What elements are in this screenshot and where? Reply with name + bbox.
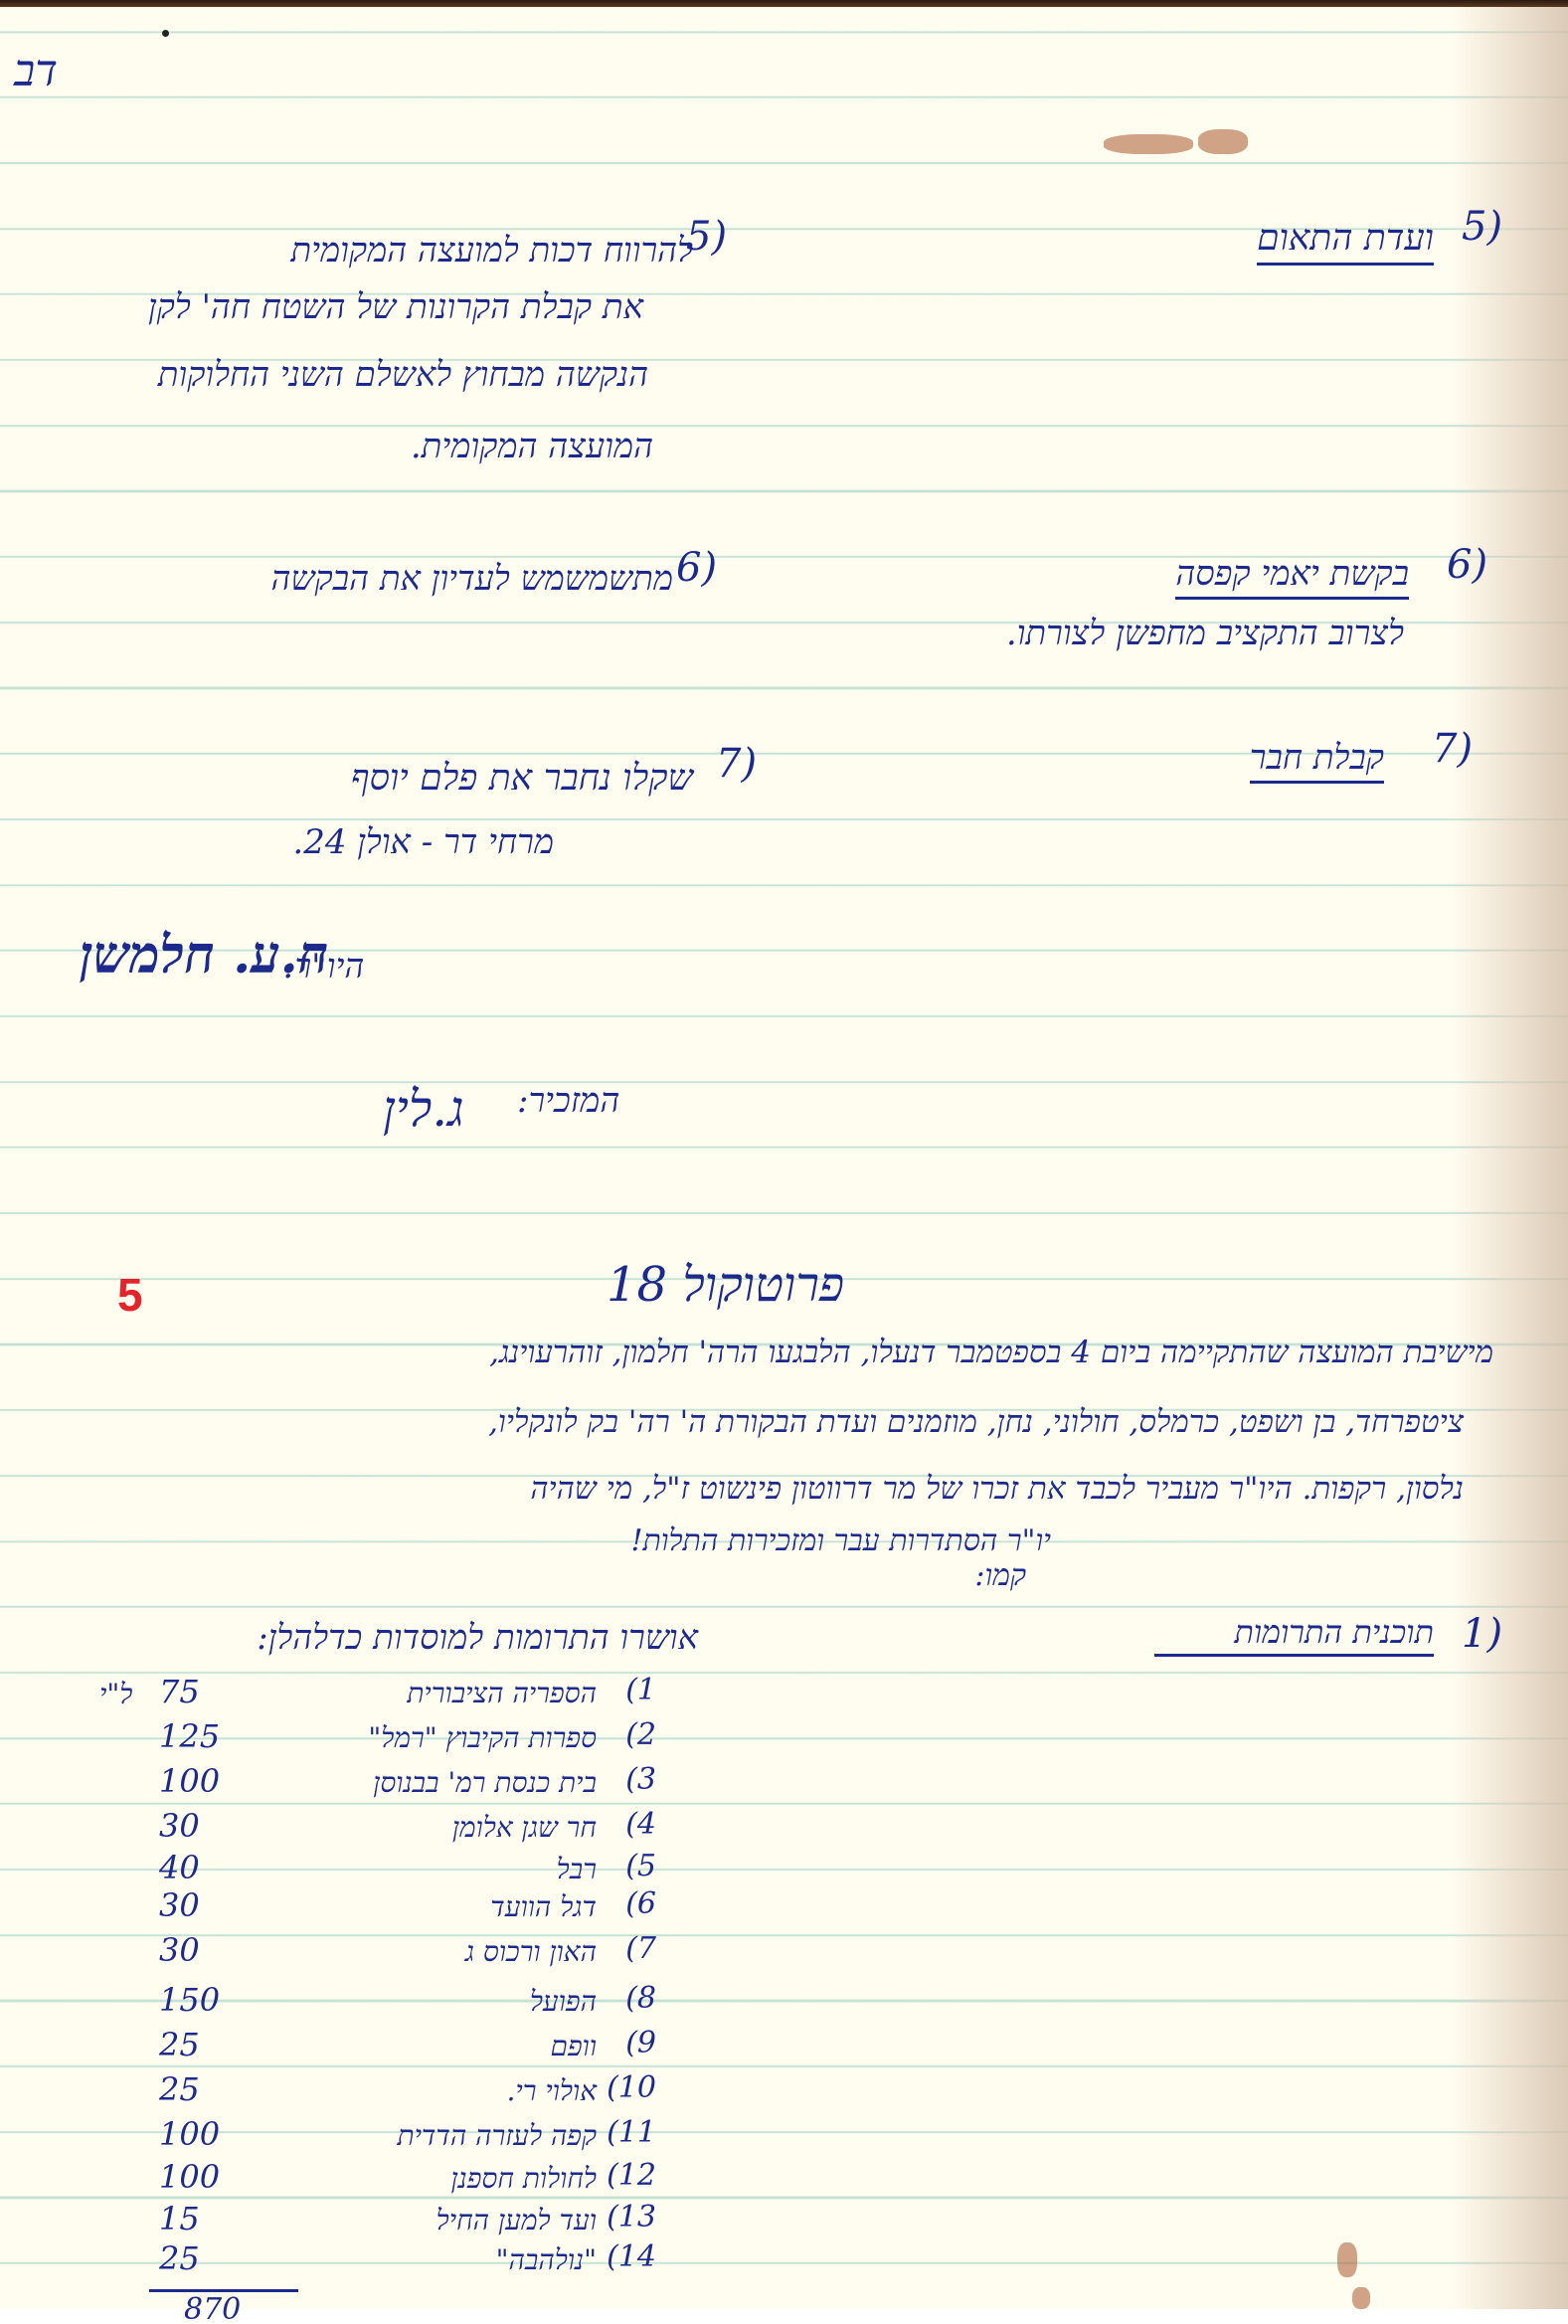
donation-name: "נולהבה"	[496, 2246, 597, 2274]
chair-signature: ח.ע. חלמשן	[80, 930, 329, 982]
stain-mark	[1198, 129, 1248, 154]
donation-number: 4)	[625, 1810, 656, 1840]
donation-row: 2) ספרות הקיבוץ "רמל" 125	[139, 1720, 656, 1764]
donation-row: 13) ועד למען החיל 15	[139, 2203, 656, 2246]
resolution-number: 7)	[716, 741, 757, 787]
currency-mark: ל"י	[99, 1681, 132, 1708]
resolution-line: מרחי דר - אולן 24.	[292, 825, 554, 859]
agenda-number: 5)	[1462, 204, 1502, 250]
donation-row: 10) אולוי רי. 25	[139, 2073, 656, 2117]
donation-amount: 125	[159, 1720, 220, 1752]
donation-row: 11) קפה לעזרה הדדית 100	[139, 2118, 656, 2162]
secretary-label: המזכיר:	[517, 1084, 619, 1118]
donation-name: בית כנסת רמ' בבנוסן	[373, 1769, 597, 1797]
resolution-line: את קבלת הקרונות של השטח חה' לקן	[148, 290, 643, 324]
agenda-number: 7)	[1432, 726, 1473, 772]
donation-name: לחולות חספנן	[451, 2165, 597, 2193]
agenda-number: 1)	[1462, 1611, 1502, 1657]
donation-name: ועד למען החיל	[436, 2207, 597, 2235]
donation-number: 12)	[607, 2161, 656, 2191]
donation-row: 8) הפועל 150	[139, 1984, 656, 2028]
donation-row: 3) בית כנסת רמ' בבנוסן 100	[139, 1765, 656, 1809]
secretary-signature: ג.לין	[383, 1084, 464, 1134]
donation-name: אולוי רי.	[507, 2077, 597, 2105]
protocol-intro-line: נלסון, רקפות. היו"ר מעביר לכבד את זכרו ש…	[530, 1474, 1464, 1505]
resolution-line: שקלו נחבר את פלם יוסף	[351, 761, 693, 797]
donation-name: רבל	[557, 1856, 597, 1883]
protocol-intro-line: קמו:	[974, 1561, 1026, 1591]
donation-number: 2)	[625, 1720, 656, 1750]
donation-row: 12) לחולות חספנן 100	[139, 2161, 656, 2205]
page-marker: 5	[117, 1268, 143, 1322]
protocol-title: פרוטוקול 18	[607, 1261, 844, 1309]
protocol-intro-line: מישיבת המועצה שהתקיימה ביום 4 בספטמבר דנ…	[489, 1338, 1493, 1368]
donation-amount: 30	[159, 1889, 200, 1921]
donation-name: חר שגן אלומן	[452, 1814, 597, 1842]
donation-amount: 30	[159, 1934, 200, 1966]
donation-amount: 100	[159, 2161, 220, 2193]
agenda-number: 6)	[1447, 542, 1487, 588]
scan-top-edge	[0, 0, 1568, 7]
agenda-note: לצרוב התקציב מחפשן לצורתו.	[1006, 617, 1404, 650]
donation-number: 11)	[607, 2118, 656, 2148]
resolution-line: מתשמשמש לעדיון את הבקשה	[271, 562, 673, 596]
donation-number: 14)	[607, 2242, 656, 2272]
donation-row: 9) וופם 25	[139, 2029, 656, 2072]
donation-number: 13)	[607, 2203, 656, 2233]
agenda-title: קבלת חבר	[1250, 741, 1384, 784]
protocol-intro-line: ציטפרחד, בן ושפט, כרמלס, חולוני, נחן, מו…	[488, 1407, 1464, 1438]
donation-name: האון ורכוס ג	[465, 1938, 597, 1966]
donation-row: 7) האון ורכוס ג 30	[139, 1934, 656, 1978]
donation-number: 3)	[625, 1765, 656, 1795]
donation-number: 10)	[607, 2073, 656, 2103]
resolution-number: 6)	[676, 545, 717, 591]
donation-amount: 40	[159, 1852, 200, 1883]
donation-name: דגל הוועד	[490, 1893, 597, 1921]
donation-number: 8)	[625, 1984, 656, 2014]
donation-amount: 150	[159, 1984, 220, 2016]
donation-amount: 15	[159, 2203, 200, 2235]
donation-row: 6) דגל הוועד 30	[139, 1889, 656, 1933]
donation-amount: 100	[159, 1765, 220, 1797]
donations-total: 870	[184, 2295, 241, 2324]
donation-amount: 25	[159, 2073, 200, 2105]
donation-amount: 30	[159, 1810, 200, 1842]
donation-row: 14) "נולהבה" 25	[139, 2242, 656, 2286]
stain-mark	[1352, 2287, 1370, 2309]
resolution-line: הנקשה מבחוץ לאשלם השני החלוקות	[158, 358, 648, 392]
stain-mark	[1337, 2242, 1357, 2277]
agenda-title: בקשת יאמי קפסה	[1175, 557, 1409, 600]
stain-mark	[1104, 134, 1193, 154]
ink-dot	[162, 30, 169, 37]
donation-amount: 75	[159, 1676, 200, 1707]
donation-number: 6)	[625, 1889, 656, 1919]
agenda-title: תוכנית התרומות	[1154, 1616, 1434, 1657]
donation-row: 1) הספריה הציבורית 75	[139, 1676, 656, 1719]
donation-name: הפועל	[530, 1988, 597, 2016]
agenda-title: ועדת התאום	[1257, 221, 1434, 266]
resolution-line: להרווח דכות למועצה המקומית	[290, 234, 693, 268]
donation-amount: 25	[159, 2029, 200, 2060]
resolution-line: המועצה המקומית.	[411, 430, 653, 463]
corner-mark: דב	[14, 50, 58, 93]
donation-number: 9)	[625, 2029, 656, 2058]
donation-name: וופם	[551, 2033, 597, 2060]
donation-number: 1)	[625, 1676, 656, 1705]
donations-heading: אושרו התרומות למוסדות כדלהלן:	[257, 1621, 698, 1655]
donation-number: 5)	[625, 1852, 656, 1881]
protocol-intro-line: יו"ר הסתדרות עבר ומזכירות התלות!	[630, 1526, 1051, 1556]
donation-name: ספרות הקיבוץ "רמל"	[368, 1724, 597, 1752]
donation-number: 7)	[625, 1934, 656, 1964]
donation-name: קפה לעזרה הדדית	[398, 2122, 598, 2150]
donation-amount: 100	[159, 2118, 220, 2150]
donation-name: הספריה הציבורית	[407, 1680, 597, 1707]
donation-amount: 25	[159, 2242, 200, 2274]
donation-row: 4) חר שגן אלומן 30	[139, 1810, 656, 1854]
